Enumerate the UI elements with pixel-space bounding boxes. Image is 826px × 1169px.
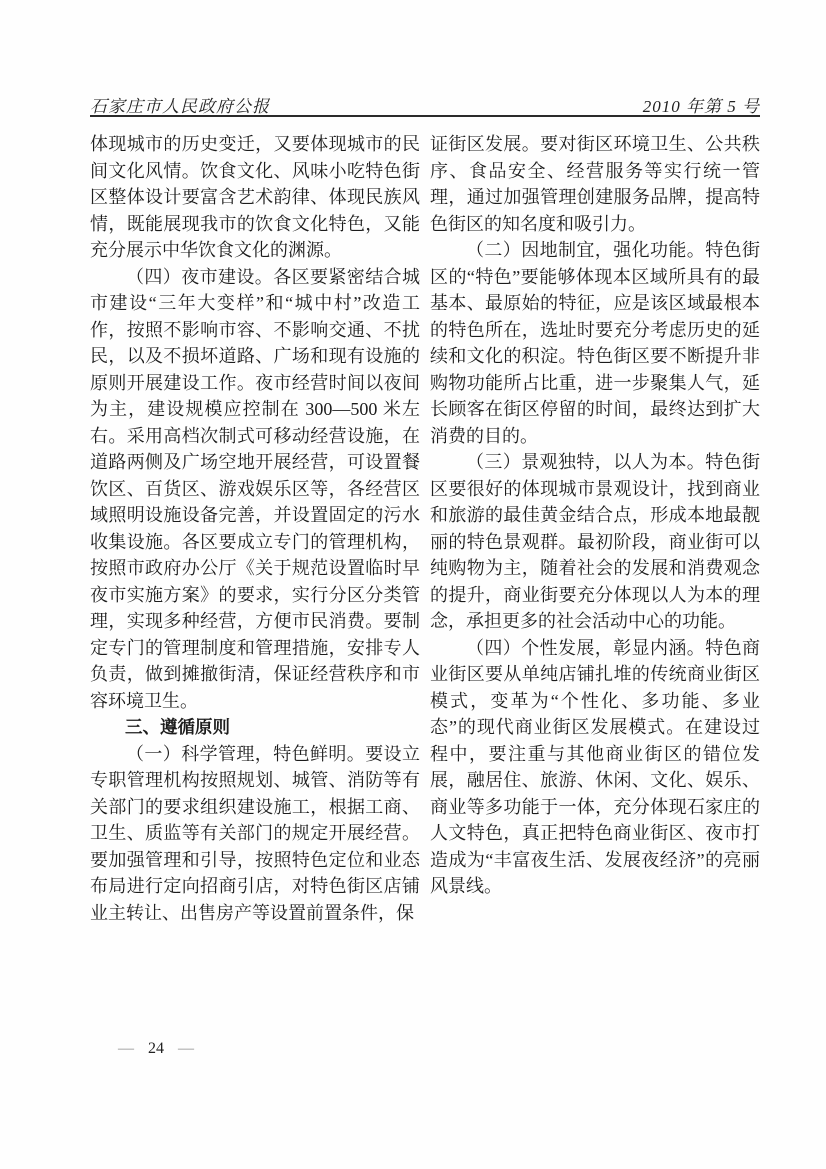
page-footer: — 24 — (104, 1040, 208, 1058)
paragraph-local-conditions: （二）因地制宜，强化功能。特色街区的“特色”要能够体现本区域所具有的最基本、最原… (430, 237, 760, 449)
paragraph-scientific-management: （一）科学管理，特色鲜明。要设立专职管理机构按照规划、城管、消防等有关部门的要求… (90, 741, 420, 927)
publication-title: 石家庄市人民政府公报 (90, 92, 270, 117)
footer-dash-left: — (118, 1040, 134, 1058)
section-heading-principles: 三、遵循原则 (90, 714, 420, 741)
paragraph-unique-landscape: （三）景观独特，以人为本。特色街区要很好的体现城市景观设计，找到商业和旅游的最佳… (430, 449, 760, 635)
gazette-page: 石家庄市人民政府公报 2010 年第 5 号 体现城市的历史变迁，又要体现城市的… (0, 0, 826, 1169)
header-rule (90, 115, 760, 117)
left-column: 体现城市的历史变迁，又要体现城市的民间文化风情。饮食文化、风味小吃特色街区整体设… (90, 131, 420, 926)
issue-number: 2010 年第 5 号 (643, 92, 760, 117)
right-column: 证街区发展。要对街区环境卫生、公共秩序、食品安全、经营服务等实行统一管理，通过加… (430, 131, 760, 926)
page-number: 24 (148, 1040, 164, 1058)
paragraph-continuation: 体现城市的历史变迁，又要体现城市的民间文化风情。饮食文化、风味小吃特色街区整体设… (90, 131, 420, 264)
paragraph-continuation: 证街区发展。要对街区环境卫生、公共秩序、食品安全、经营服务等实行统一管理，通过加… (430, 131, 760, 237)
article-body: 体现城市的历史变迁，又要体现城市的民间文化风情。饮食文化、风味小吃特色街区整体设… (90, 131, 760, 926)
paragraph-night-market: （四）夜市建设。各区要紧密结合城市建设“三年大变样”和“城中村”改造工作，按照不… (90, 264, 420, 715)
footer-dash-right: — (178, 1040, 194, 1058)
paragraph-individual-development: （四）个性发展，彰显内涵。特色商业街区要从单纯店铺扎堆的传统商业街区模式，变革为… (430, 635, 760, 900)
page-header: 石家庄市人民政府公报 2010 年第 5 号 (90, 92, 760, 117)
